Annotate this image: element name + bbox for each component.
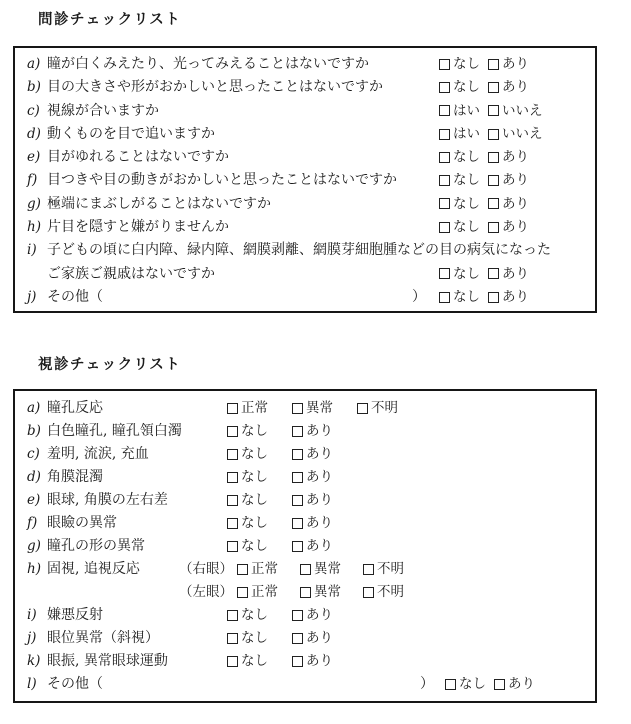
option-label: あり [306, 535, 333, 558]
option-ari: あり [488, 263, 529, 286]
row-question: 視線が合いますか [47, 100, 159, 123]
checkbox-icon[interactable] [439, 175, 450, 186]
checkbox-icon[interactable] [488, 105, 499, 116]
option-label: なし [453, 169, 480, 192]
row-letter: a) [27, 53, 40, 76]
checkbox-icon[interactable] [292, 426, 303, 437]
row-i-line1: i) 子どもの頃に白内障、緑内障、網膜剥離、網膜芽細胞腫などの目の病気になった [15, 239, 595, 262]
option-ari: あり [292, 627, 333, 650]
option-label: なし [241, 420, 268, 443]
row-question: その他（ [47, 286, 103, 309]
checkbox-icon[interactable] [292, 541, 303, 552]
checkbox-icon[interactable] [292, 518, 303, 529]
option-label: あり [306, 420, 333, 443]
option-nashi: なし [227, 627, 268, 650]
row-letter: j) [27, 627, 36, 650]
option-label: なし [453, 263, 480, 286]
option-nashi: なし [439, 53, 480, 76]
option-nashi: なし [439, 216, 480, 239]
row-item: その他（ [47, 673, 103, 696]
row-a: a) 瞳が白くみえたり、光ってみえることはないですか なし あり [15, 53, 595, 76]
option-label: なし [241, 650, 268, 673]
checkbox-icon[interactable] [439, 292, 450, 303]
row-letter: h) [27, 558, 41, 581]
checkbox-icon[interactable] [439, 222, 450, 233]
option-label: はい [453, 100, 480, 123]
option-label: いいえ [502, 123, 543, 146]
interview-checklist-title: 問診チェックリスト [38, 8, 181, 29]
row-letter: b) [27, 76, 41, 99]
row-options: なし あり [439, 146, 529, 169]
option-hai: はい [439, 100, 480, 123]
checkbox-icon[interactable] [292, 495, 303, 506]
row-letter: k) [27, 650, 40, 673]
checkbox-icon[interactable] [445, 679, 456, 690]
checkbox-icon[interactable] [488, 152, 499, 163]
option-label: なし [453, 53, 480, 76]
checkbox-icon[interactable] [439, 82, 450, 93]
option-label: なし [459, 673, 486, 696]
row-question: 動くものを目で追いますか [47, 123, 215, 146]
row-options: なし あり [439, 216, 529, 239]
option-label: いいえ [502, 100, 543, 123]
row-options: なし あり [227, 489, 333, 512]
row-letter: f) [27, 169, 37, 192]
option-label: 不明 [377, 581, 404, 604]
row-f: f) 眼瞼の異常 なし あり [15, 512, 595, 535]
row-question-line2: ご家族ご親戚はないですか [47, 263, 215, 286]
option-label: あり [502, 263, 529, 286]
row-letter: i) [27, 604, 37, 627]
row-options: なし あり [445, 673, 535, 696]
row-options: なし あり [227, 466, 333, 489]
row-question-line1: 子どもの頃に白内障、緑内障、網膜剥離、網膜芽細胞腫などの目の病気になった [47, 239, 551, 262]
checkbox-icon[interactable] [227, 518, 238, 529]
checkbox-icon[interactable] [488, 268, 499, 279]
row-item: 嫌悪反射 [47, 604, 103, 627]
option-seijo: 正常 [227, 397, 268, 420]
option-label: 異常 [314, 581, 341, 604]
right-eye-group: （右眼） 正常 異常 不明 [179, 558, 404, 581]
checkbox-icon[interactable] [227, 541, 238, 552]
option-ari: あり [488, 193, 529, 216]
left-eye-label: （左眼） [179, 581, 233, 604]
option-label: 正常 [251, 581, 278, 604]
checkbox-icon[interactable] [300, 587, 311, 598]
row-item: 眼瞼の異常 [47, 512, 117, 535]
option-label: なし [241, 535, 268, 558]
row-options: 正常 異常 不明 [227, 397, 398, 420]
checkbox-icon[interactable] [488, 222, 499, 233]
option-label: あり [502, 146, 529, 169]
option-label: はい [453, 123, 480, 146]
option-ari: あり [488, 216, 529, 239]
right-eye-label: （右眼） [179, 558, 233, 581]
option-ari: あり [488, 286, 529, 309]
option-nashi: なし [227, 420, 268, 443]
option-ari: あり [488, 76, 529, 99]
row-e: e) 眼球, 角膜の左右差 なし あり [15, 489, 595, 512]
row-item: 眼振, 異常眼球運動 [47, 650, 168, 673]
option-nashi: なし [227, 650, 268, 673]
checkbox-icon[interactable] [237, 587, 248, 598]
checkbox-icon[interactable] [227, 403, 238, 414]
option-nashi: なし [227, 512, 268, 535]
option-label: あり [502, 76, 529, 99]
option-label: 正常 [241, 397, 268, 420]
checkbox-icon[interactable] [488, 129, 499, 140]
row-letter: i) [27, 239, 37, 262]
option-nashi: なし [227, 466, 268, 489]
row-question: 目がゆれることはないですか [47, 146, 229, 169]
option-nashi: なし [227, 604, 268, 627]
row-question: 目つきや目の動きがおかしいと思ったことはないですか [47, 169, 397, 192]
option-nashi: なし [445, 673, 486, 696]
option-label: あり [502, 169, 529, 192]
option-label: あり [508, 673, 535, 696]
checkbox-icon[interactable] [363, 564, 374, 575]
row-b: b) 目の大きさや形がおかしいと思ったことはないですか なし あり [15, 76, 595, 99]
row-options: はい いいえ [439, 100, 543, 123]
row-letter: j) [27, 286, 36, 309]
checkbox-icon[interactable] [488, 175, 499, 186]
option-label: あり [306, 466, 333, 489]
row-letter: e) [27, 489, 40, 512]
option-label: 異常 [306, 397, 333, 420]
option-ari: あり [292, 512, 333, 535]
checkbox-icon[interactable] [227, 610, 238, 621]
option-iie: いいえ [488, 123, 543, 146]
row-item: 固視, 追視反応 [47, 558, 140, 581]
option-label: 異常 [314, 558, 341, 581]
option-ari: あり [292, 466, 333, 489]
option-ari: あり [292, 535, 333, 558]
option-ijo: 異常 [300, 581, 341, 604]
option-label: あり [502, 53, 529, 76]
option-nashi: なし [439, 169, 480, 192]
row-item: 瞳孔反応 [47, 397, 103, 420]
option-label: なし [241, 512, 268, 535]
option-ijo: 異常 [292, 397, 333, 420]
row-options: なし あり [439, 53, 529, 76]
option-ari: あり [488, 146, 529, 169]
row-g: g) 瞳孔の形の異常 なし あり [15, 535, 595, 558]
checkbox-icon[interactable] [227, 449, 238, 460]
option-fumei: 不明 [363, 581, 404, 604]
row-letter: e) [27, 146, 40, 169]
row-options: なし あり [227, 443, 333, 466]
option-fumei: 不明 [357, 397, 398, 420]
row-letter: h) [27, 216, 41, 239]
option-label: なし [453, 216, 480, 239]
row-item: 羞明, 流涙, 充血 [47, 443, 149, 466]
row-j: j) 眼位異常（斜視） なし あり [15, 627, 595, 650]
option-label: なし [241, 489, 268, 512]
checkbox-icon[interactable] [227, 633, 238, 644]
row-i-line2: ご家族ご親戚はないですか なし あり [15, 263, 595, 286]
row-options: なし あり [439, 193, 529, 216]
option-label: あり [306, 443, 333, 466]
checkbox-icon[interactable] [488, 59, 499, 70]
option-ari: あり [488, 53, 529, 76]
checkbox-icon[interactable] [488, 198, 499, 209]
checkbox-icon[interactable] [439, 105, 450, 116]
option-nashi: なし [439, 286, 480, 309]
row-j: j) その他（ ） なし あり [15, 286, 595, 309]
row-options: なし あり [227, 650, 333, 673]
row-item: 瞳孔の形の異常 [47, 535, 145, 558]
row-options: なし あり [439, 286, 529, 309]
row-letter: g) [27, 535, 41, 558]
row-letter: l) [27, 673, 37, 696]
row-options: 正常 異常 不明 [237, 581, 404, 604]
checkbox-icon[interactable] [488, 82, 499, 93]
row-letter: c) [27, 100, 40, 123]
inspection-checklist-title: 視診チェックリスト [38, 353, 181, 374]
checkbox-icon[interactable] [439, 59, 450, 70]
row-k: k) 眼振, 異常眼球運動 なし あり [15, 650, 595, 673]
row-letter: c) [27, 443, 40, 466]
option-label: なし [453, 146, 480, 169]
option-label: あり [306, 650, 333, 673]
checkbox-icon[interactable] [227, 426, 238, 437]
row-d: d) 角膜混濁 なし あり [15, 466, 595, 489]
row-item: 眼球, 角膜の左右差 [47, 489, 168, 512]
option-label: なし [241, 443, 268, 466]
row-l: l) その他（ ） なし あり [15, 673, 595, 696]
row-question: 片目を隠すと嫌がりませんか [47, 216, 229, 239]
close-paren: ） [420, 673, 434, 696]
option-ari: あり [488, 169, 529, 192]
option-label: 不明 [377, 558, 404, 581]
option-nashi: なし [227, 535, 268, 558]
option-label: あり [306, 627, 333, 650]
row-options: なし あり [227, 627, 333, 650]
row-letter: f) [27, 512, 37, 535]
option-label: あり [502, 286, 529, 309]
row-letter: b) [27, 420, 41, 443]
option-label: あり [502, 193, 529, 216]
row-letter: g) [27, 193, 41, 216]
left-eye-group: （左眼） 正常 異常 不明 [179, 581, 404, 604]
row-h: h) 片目を隠すと嫌がりませんか なし あり [15, 216, 595, 239]
option-hai: はい [439, 123, 480, 146]
checkbox-icon[interactable] [439, 152, 450, 163]
option-label: なし [241, 604, 268, 627]
checkbox-icon[interactable] [237, 564, 248, 575]
row-f: f) 目つきや目の動きがおかしいと思ったことはないですか なし あり [15, 169, 595, 192]
inspection-checklist-box: a) 瞳孔反応 正常 異常 不明 b) 白色瞳孔, 瞳孔領白濁 なし あり c)… [13, 389, 597, 703]
row-question: 目の大きさや形がおかしいと思ったことはないですか [47, 76, 383, 99]
row-letter: a) [27, 397, 40, 420]
row-g: g) 極端にまぶしがることはないですか なし あり [15, 193, 595, 216]
checkbox-icon[interactable] [292, 633, 303, 644]
option-ijo: 異常 [300, 558, 341, 581]
option-seijo: 正常 [237, 581, 278, 604]
option-label: なし [241, 466, 268, 489]
option-nashi: なし [439, 76, 480, 99]
option-ari: あり [292, 650, 333, 673]
row-options: なし あり [439, 263, 529, 286]
row-h-left-eye: （左眼） 正常 異常 不明 [15, 581, 595, 604]
checkbox-icon[interactable] [292, 403, 303, 414]
row-h-right-eye: h) 固視, 追視反応 （右眼） 正常 異常 不明 [15, 558, 595, 581]
option-label: 不明 [371, 397, 398, 420]
checkbox-icon[interactable] [292, 656, 303, 667]
option-seijo: 正常 [237, 558, 278, 581]
row-options: なし あり [439, 76, 529, 99]
option-label: なし [453, 76, 480, 99]
row-options: 正常 異常 不明 [237, 558, 404, 581]
row-options: なし あり [227, 420, 333, 443]
checkbox-icon[interactable] [292, 449, 303, 460]
close-paren: ） [412, 286, 426, 309]
row-options: なし あり [227, 604, 333, 627]
row-item: 眼位異常（斜視） [47, 627, 159, 650]
checkbox-icon[interactable] [439, 129, 450, 140]
option-nashi: なし [439, 263, 480, 286]
row-question: 極端にまぶしがることはないですか [47, 193, 271, 216]
option-fumei: 不明 [363, 558, 404, 581]
option-ari: あり [292, 604, 333, 627]
interview-checklist-box: a) 瞳が白くみえたり、光ってみえることはないですか なし あり b) 目の大き… [13, 46, 597, 313]
checkbox-icon[interactable] [439, 268, 450, 279]
option-label: 正常 [251, 558, 278, 581]
row-item: 角膜混濁 [47, 466, 103, 489]
option-label: あり [306, 604, 333, 627]
row-options: なし あり [227, 535, 333, 558]
checkbox-icon[interactable] [494, 679, 505, 690]
option-nashi: なし [227, 489, 268, 512]
row-options: なし あり [227, 512, 333, 535]
option-iie: いいえ [488, 100, 543, 123]
option-label: あり [306, 489, 333, 512]
row-letter: d) [27, 466, 41, 489]
row-b: b) 白色瞳孔, 瞳孔領白濁 なし あり [15, 420, 595, 443]
option-nashi: なし [227, 443, 268, 466]
option-label: なし [453, 193, 480, 216]
option-nashi: なし [439, 146, 480, 169]
option-label: あり [306, 512, 333, 535]
checkbox-icon[interactable] [292, 472, 303, 483]
row-i: i) 嫌悪反射 なし あり [15, 604, 595, 627]
checkbox-icon[interactable] [227, 472, 238, 483]
checkbox-icon[interactable] [488, 292, 499, 303]
row-options: はい いいえ [439, 123, 543, 146]
checkbox-icon[interactable] [439, 198, 450, 209]
row-item: 白色瞳孔, 瞳孔領白濁 [47, 420, 182, 443]
option-ari: あり [292, 420, 333, 443]
checkbox-icon[interactable] [227, 656, 238, 667]
row-question: 瞳が白くみえたり、光ってみえることはないですか [47, 53, 369, 76]
option-ari: あり [292, 489, 333, 512]
option-label: なし [241, 627, 268, 650]
checkbox-icon[interactable] [357, 403, 368, 414]
row-letter: d) [27, 123, 41, 146]
option-ari: あり [494, 673, 535, 696]
option-ari: あり [292, 443, 333, 466]
row-d: d) 動くものを目で追いますか はい いいえ [15, 123, 595, 146]
row-e: e) 目がゆれることはないですか なし あり [15, 146, 595, 169]
row-c: c) 羞明, 流涙, 充血 なし あり [15, 443, 595, 466]
checkbox-icon[interactable] [363, 587, 374, 598]
checkbox-icon[interactable] [300, 564, 311, 575]
option-label: あり [502, 216, 529, 239]
option-nashi: なし [439, 193, 480, 216]
row-c: c) 視線が合いますか はい いいえ [15, 100, 595, 123]
row-a: a) 瞳孔反応 正常 異常 不明 [15, 397, 595, 420]
checkbox-icon[interactable] [292, 610, 303, 621]
row-options: なし あり [439, 169, 529, 192]
option-label: なし [453, 286, 480, 309]
checkbox-icon[interactable] [227, 495, 238, 506]
